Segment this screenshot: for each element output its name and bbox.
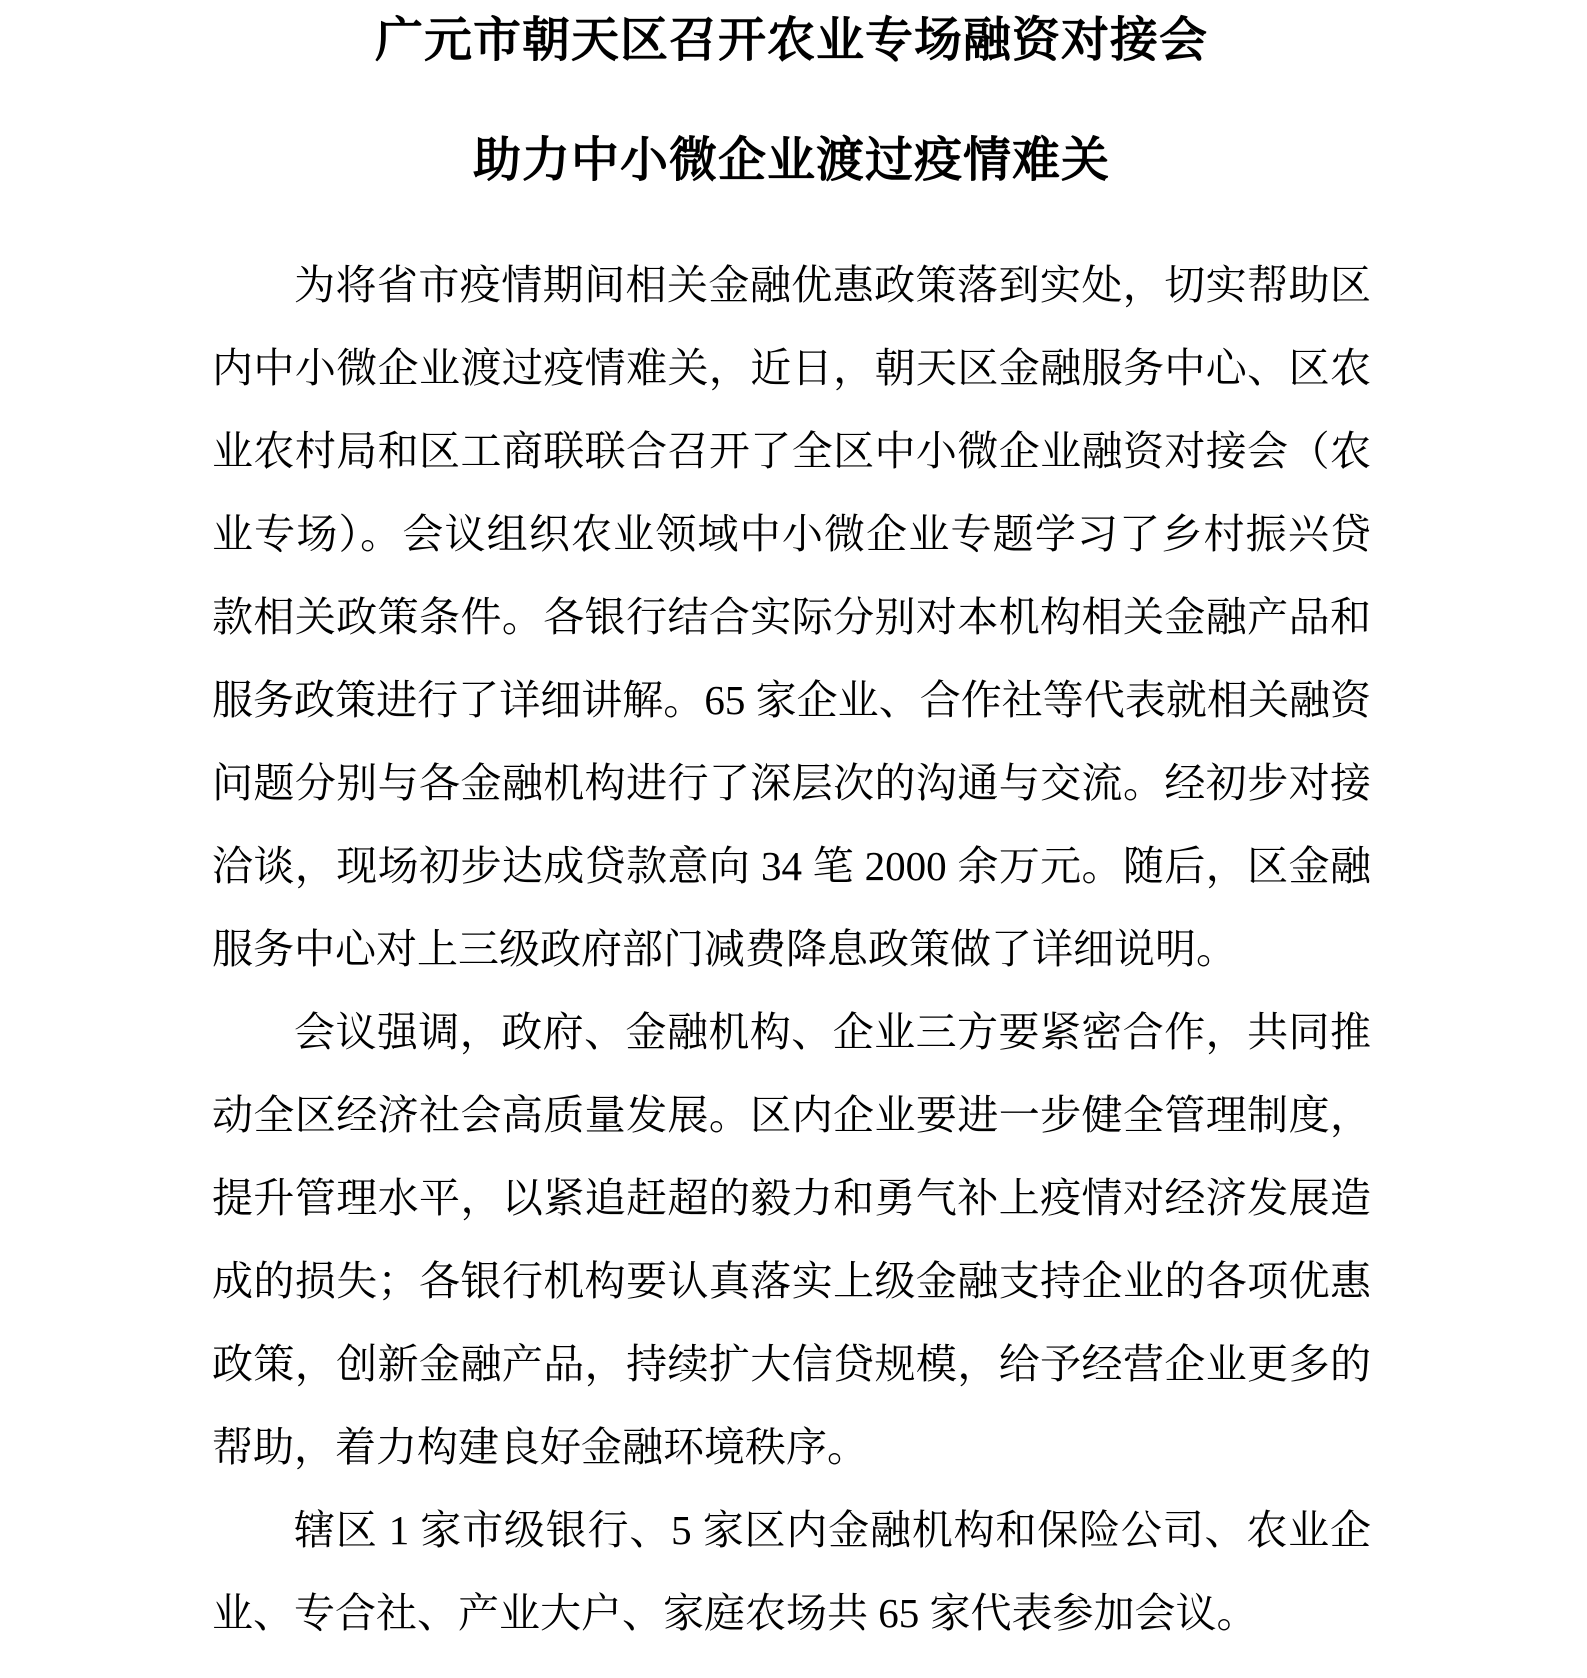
document-title-line-2: 助力中小微企业渡过疫情难关 bbox=[212, 134, 1371, 188]
document-title-line-1: 广元市朝天区召开农业专场融资对接会 bbox=[212, 14, 1371, 68]
paragraph-1: 为将省市疫情期间相关金融优惠政策落到实处，切实帮助区内中小微企业渡过疫情难关，近… bbox=[212, 244, 1371, 991]
paragraph-3: 辖区 1 家市级银行、5 家区内金融机构和保险公司、农业企业、专合社、产业大户、… bbox=[212, 1489, 1371, 1655]
document-body: 为将省市疫情期间相关金融优惠政策落到实处，切实帮助区内中小微企业渡过疫情难关，近… bbox=[212, 244, 1371, 1655]
paragraph-2: 会议强调，政府、金融机构、企业三方要紧密合作，共同推动全区经济社会高质量发展。区… bbox=[212, 991, 1371, 1489]
document-page: 广元市朝天区召开农业专场融资对接会 助力中小微企业渡过疫情难关 为将省市疫情期间… bbox=[0, 0, 1587, 1678]
